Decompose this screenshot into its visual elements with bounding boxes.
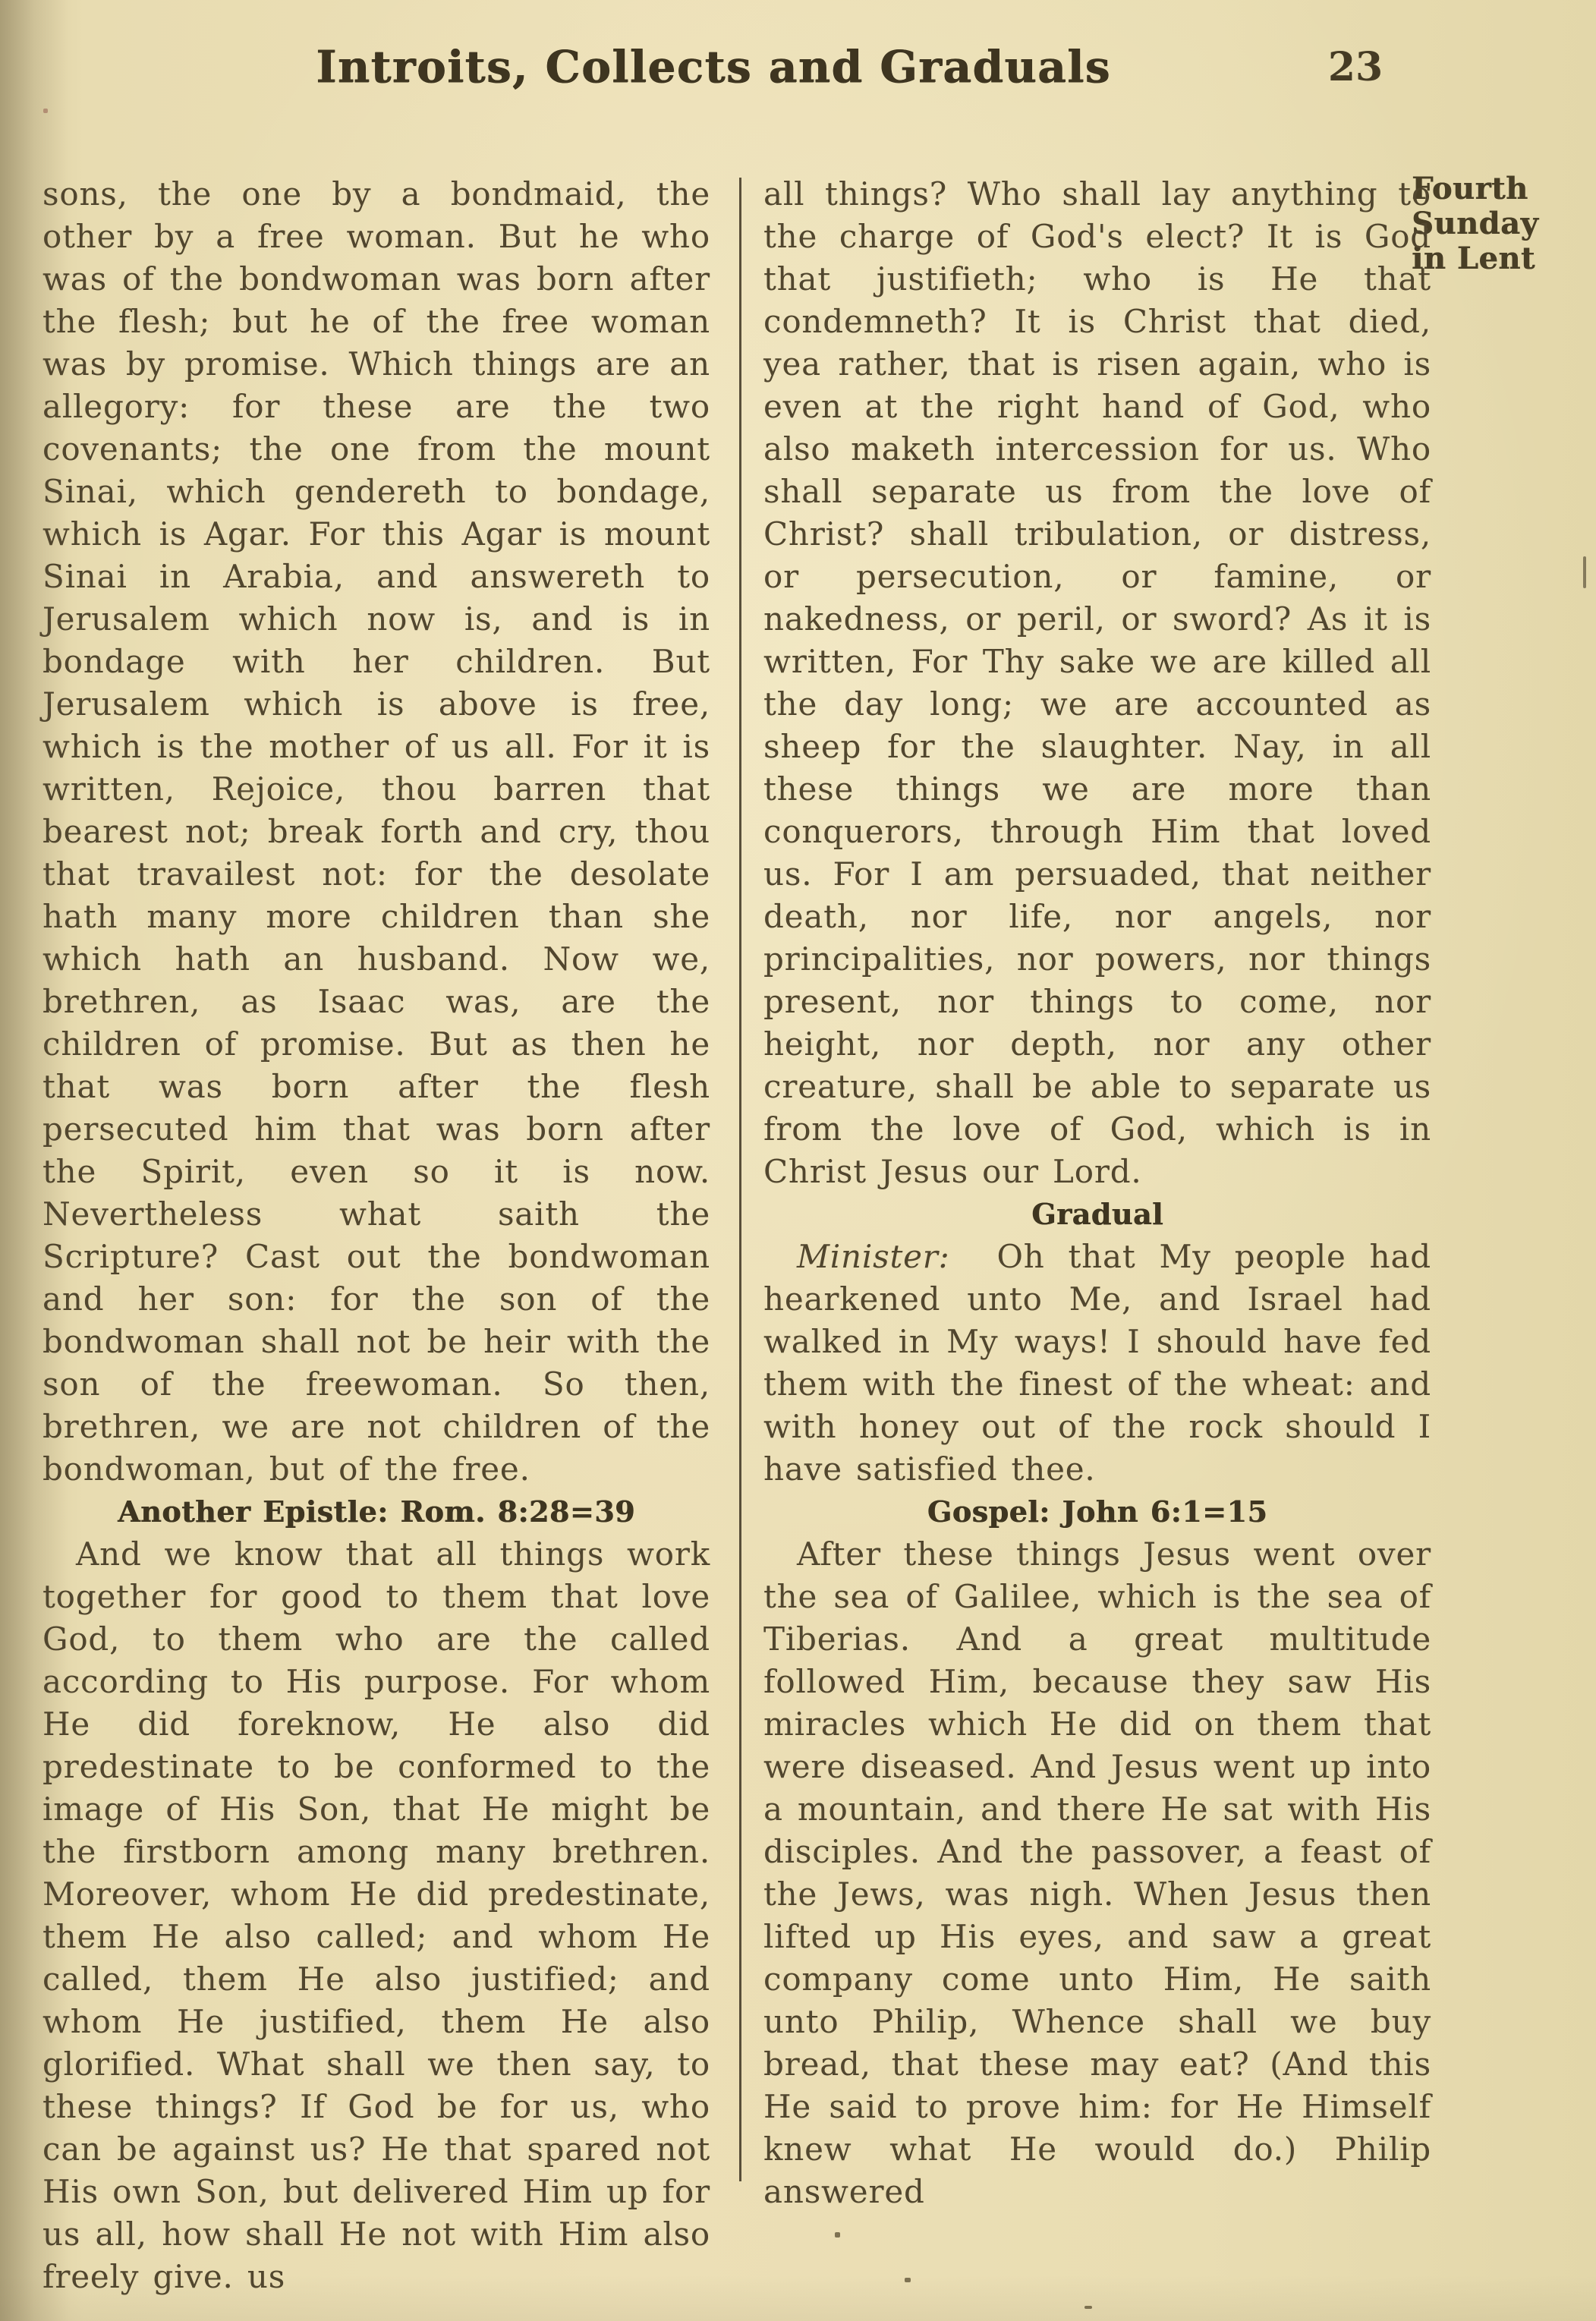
ink-speck <box>1084 2306 1092 2309</box>
ink-speck <box>835 2232 840 2238</box>
ink-speck <box>905 2278 911 2282</box>
gradual-text: Oh that My people had hearkened unto Me,… <box>763 1238 1431 1488</box>
scan-edge-mark <box>1583 556 1586 588</box>
another-epistle-heading: Another Epistle: Rom. 8:28=39 <box>42 1491 710 1533</box>
left-column: sons, the one by a bondmaid, the other b… <box>42 173 710 2298</box>
right-column: all things? Who shall lay anything to th… <box>763 173 1431 2213</box>
margin-note-line: in Lent <box>1412 241 1590 276</box>
gospel-heading: Gospel: John 6:1=15 <box>763 1491 1431 1533</box>
page-header-title: Introits, Collects and Graduals <box>0 41 1427 93</box>
column-divider-rule <box>739 178 741 2181</box>
book-page: Introits, Collects and Graduals 23 Fourt… <box>0 0 1596 2321</box>
gradual-heading: Gradual <box>763 1193 1431 1236</box>
gospel-paragraph: After these things Jesus went over the s… <box>763 1533 1431 2213</box>
ink-speck <box>43 109 48 113</box>
page-number: 23 <box>1302 44 1409 90</box>
margin-note-fourth-sunday-in-lent: Fourth Sunday in Lent <box>1412 172 1590 276</box>
margin-note-line: Sunday <box>1412 206 1590 241</box>
gradual-paragraph: Minister: Oh that My people had hearkene… <box>763 1236 1431 1491</box>
gradual-speaker-label: Minister: <box>797 1238 950 1275</box>
epistle-continuation-paragraph: all things? Who shall lay anything to th… <box>763 173 1431 1193</box>
epistle-continuation-paragraph: sons, the one by a bondmaid, the other b… <box>42 173 710 1491</box>
margin-note-line: Fourth <box>1412 172 1590 206</box>
another-epistle-paragraph: And we know that all things work togethe… <box>42 1533 710 2298</box>
